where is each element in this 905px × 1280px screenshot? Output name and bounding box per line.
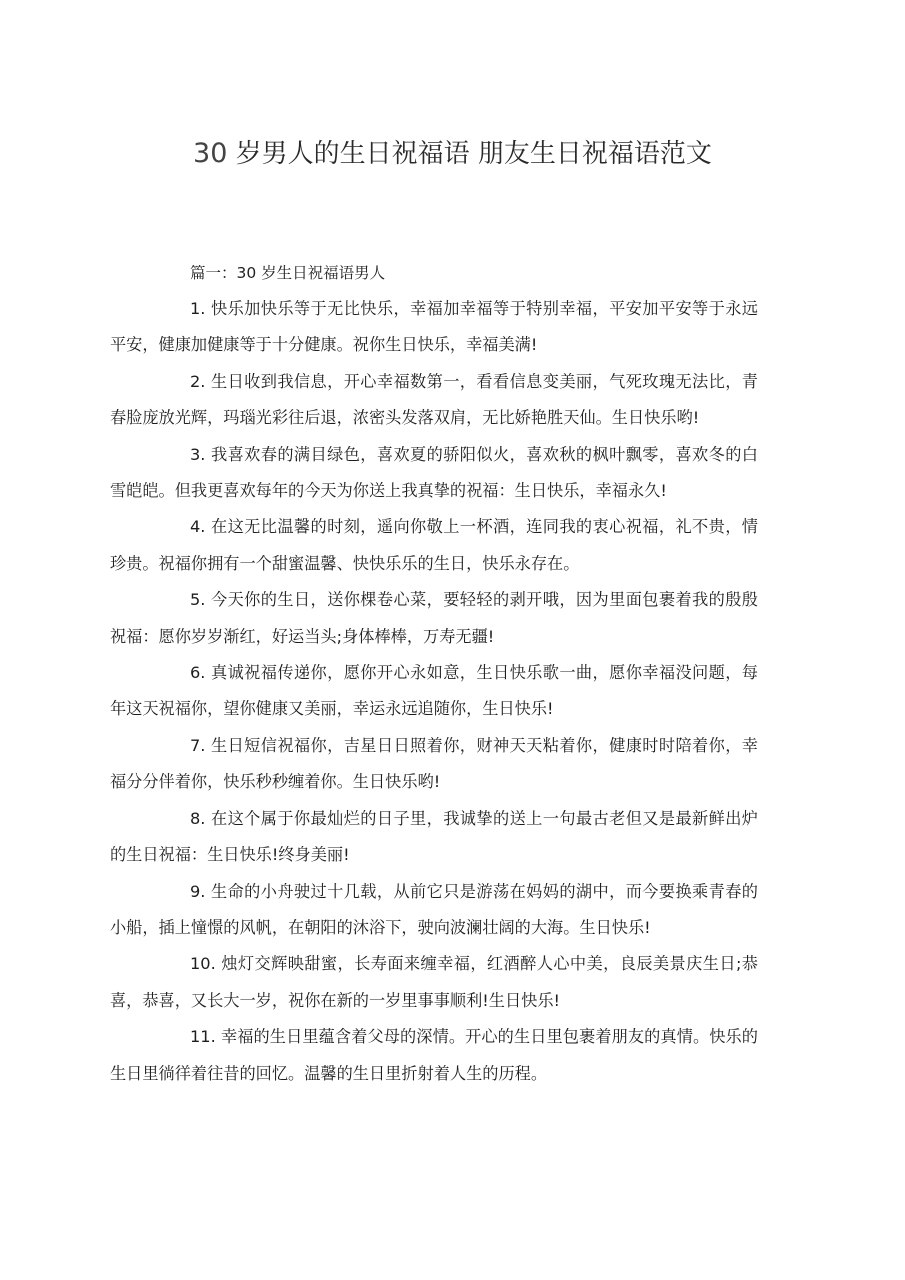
paragraph-11: 11. 幸福的生日里蕴含着父母的深情。开心的生日里包裹着朋友的真情。快乐的生日里… (110, 1019, 758, 1092)
paragraph-5: 5. 今天你的生日，送你棵卷心菜，要轻轻的剥开哦，因为里面包裹着我的殷殷祝福：愿… (110, 582, 758, 655)
paragraph-4: 4. 在这无比温馨的时刻，遥向你敬上一杯酒，连同我的衷心祝福，礼不贵，情珍贵。祝… (110, 509, 758, 582)
paragraph-9: 9. 生命的小舟驶过十几载，从前它只是游荡在妈妈的湖中，而今要换乘青春的小船，插… (110, 874, 758, 947)
paragraph-1: 1. 快乐加快乐等于无比快乐，幸福加幸福等于特别幸福，平安加平安等于永远平安，健… (110, 291, 758, 364)
paragraph-8: 8. 在这个属于你最灿烂的日子里，我诚挚的送上一句最古老但又是最新鲜出炉的生日祝… (110, 801, 758, 874)
title-number: 30 (193, 138, 227, 169)
title-text: 岁男人的生日祝福语 朋友生日祝福语范文 (236, 139, 712, 169)
paragraph-3: 3. 我喜欢春的满目绿色，喜欢夏的骄阳似火，喜欢秋的枫叶飘零，喜欢冬的白雪皑皑。… (110, 437, 758, 510)
paragraph-10: 10. 烛灯交辉映甜蜜，长寿面来缠幸福，红酒醉人心中美，良辰美景庆生日;恭喜，恭… (110, 946, 758, 1019)
paragraph-7: 7. 生日短信祝福你，吉星日日照着你，财神天天粘着你，健康时时陪着你，幸福分分伴… (110, 728, 758, 801)
paragraph-2: 2. 生日收到我信息，开心幸福数第一，看看信息变美丽，气死玫瑰无法比，青春脸庞放… (110, 364, 758, 437)
document-body: 篇一：30 岁生日祝福语男人 1. 快乐加快乐等于无比快乐，幸福加幸福等于特别幸… (110, 255, 758, 1092)
document-title: 30 岁男人的生日祝福语 朋友生日祝福语范文 (0, 133, 905, 170)
section-heading: 篇一：30 岁生日祝福语男人 (110, 255, 758, 291)
document-page: 30 岁男人的生日祝福语 朋友生日祝福语范文 篇一：30 岁生日祝福语男人 1.… (0, 0, 905, 1280)
paragraph-6: 6. 真诚祝福传递你，愿你开心永如意，生日快乐歌一曲，愿你幸福没问题，每年这天祝… (110, 655, 758, 728)
